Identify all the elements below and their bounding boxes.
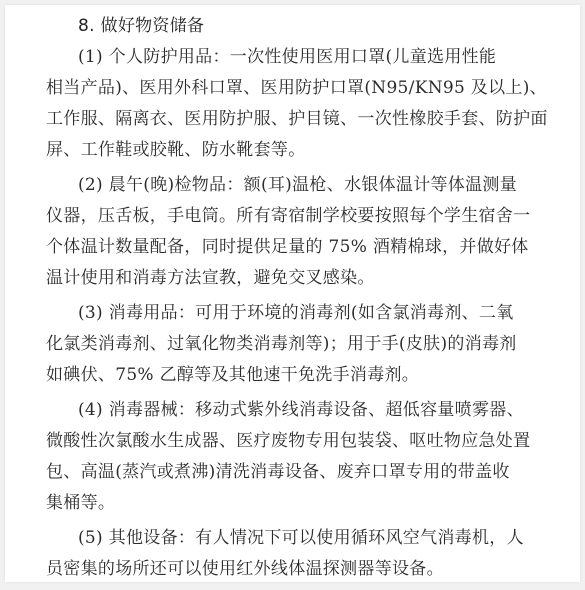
paragraph-5-line-1: (5) 其他设备：有人情况下可以使用循环风空气消毒机，人 — [78, 523, 524, 554]
paragraph-4-line-3: 包、高温(蒸汽或煮沸)清洗消毒设备、废弃口罩专用的带盖收 — [46, 457, 510, 488]
paragraph-1-line-3: 工作服、隔离衣、医用防护服、护目镜、一次性橡胶手套、防护面 — [46, 104, 548, 135]
paragraph-5-line-2: 员密集的场所还可以使用红外线体温探测器等设备。 — [46, 554, 444, 585]
paragraph-1-line-4: 屏、工作鞋或胶靴、防水靴套等。 — [46, 135, 306, 166]
paragraph-2-line-4: 温计使用和消毒方法宣教，避免交叉感染。 — [46, 263, 375, 294]
paragraph-2-line-3: 个体温计数量配备，同时提供足量的 75% 酒精棉球，并做好体 — [46, 232, 529, 263]
paragraph-3-line-2: 化氯类消毒剂、过氧化物类消毒剂等)；用于手(皮肤)的消毒剂 — [46, 329, 517, 360]
paragraph-1-line-2: 相当产品)、医用外科口罩、医用防护口罩(N95/KN95 及以上)、 — [46, 73, 547, 104]
paragraph-1-line-1: (1) 个人防护用品：一次性使用医用口罩(儿童选用性能 — [78, 42, 496, 73]
paragraph-4-line-4: 集桶等。 — [46, 488, 115, 519]
paragraph-4-line-2: 微酸性次氯酸水生成器、医疗废物专用包装袋、呕吐物应急处置 — [46, 426, 530, 457]
section-heading: 8. 做好物资储备 — [78, 11, 204, 36]
paragraph-4-line-1: (4) 消毒器械：移动式紫外线消毒设备、超低容量喷雾器、 — [78, 395, 524, 426]
paragraph-2-line-2: 仪器，压舌板，手电筒。所有寄宿制学校要按照每个学生宿舍一 — [46, 201, 530, 232]
paragraph-2-line-1: (2) 晨午(晚)检物品：额(耳)温枪、水银体温计等体温测量 — [78, 170, 517, 201]
document-card: 8. 做好物资储备 (1) 个人防护用品：一次性使用医用口罩(儿童选用性能 相当… — [5, 5, 580, 582]
paragraph-3-line-1: (3) 消毒用品：可用于环境的消毒剂(如含氯消毒剂、二氧 — [78, 298, 514, 329]
paragraph-3-line-3: 如碘伏、75% 乙醇等及其他速干免洗手消毒剂。 — [46, 360, 419, 391]
